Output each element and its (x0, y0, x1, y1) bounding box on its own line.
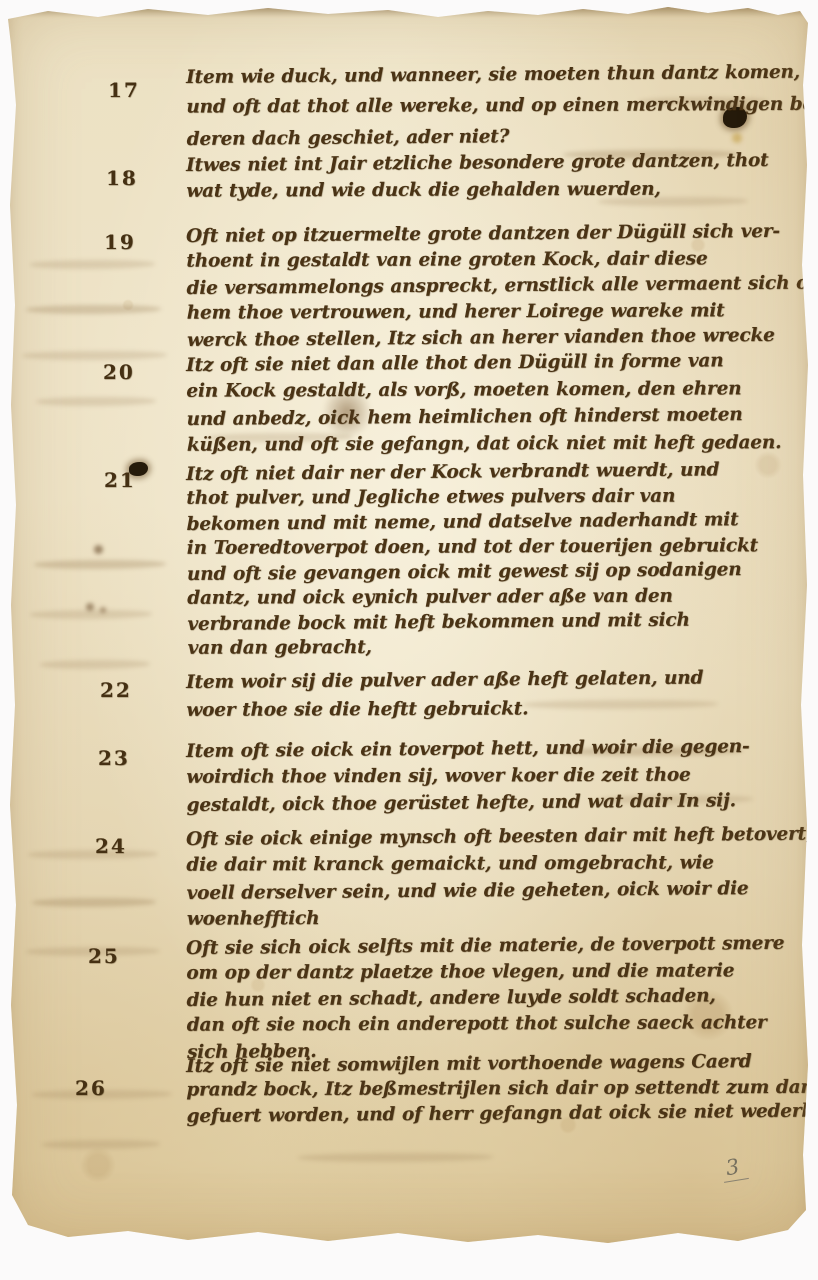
handwritten-line: Oft sie oick einige mynsch oft beesten d… (186, 821, 812, 853)
question-text: Item oft sie oick ein toverpot hett, und… (186, 733, 750, 819)
handwritten-line: gestaldt, oick thoe gerüstet hefte, und … (186, 787, 750, 819)
handwritten-line: woirdich thoe vinden sij, wover koer die… (186, 761, 750, 790)
handwritten-line: Item woir sij die pulver ader aße heft g… (186, 663, 703, 697)
handwritten-line: thot pulver, und Jegliche etwes pulvers … (186, 483, 757, 510)
bleedthrough-verso-text (30, 260, 155, 269)
question-number: 18 (106, 166, 138, 190)
question-text: Oft niet op itzuermelte grote dantzen de… (186, 218, 818, 354)
handwritten-line: Itwes niet int Jair etzliche besondere g… (186, 147, 769, 179)
handwritten-line: hem thoe vertrouwen, und herer Loirege w… (187, 298, 818, 327)
handwritten-line: Item oft sie oick ein toverpot hett, und… (186, 733, 750, 765)
handwritten-line: woenhefftich (187, 903, 813, 933)
handwritten-line: Oft niet op itzuermelte grote dantzen de… (186, 218, 818, 250)
handwritten-line: in Toeredtoverpot doen, und tot der toue… (187, 533, 758, 560)
bleedthrough-verso-text (32, 898, 156, 907)
manuscript-page: 17 Item wie duck, und wanneer, sie moete… (8, 5, 810, 1247)
manuscript-scan: 17 Item wie duck, und wanneer, sie moete… (0, 0, 818, 1280)
bleedthrough-verso-text (26, 305, 161, 314)
bleedthrough-verso-text (36, 397, 156, 406)
question-number: 22 (100, 678, 132, 702)
question-number: 24 (95, 834, 127, 858)
handwritten-line: die versammelongs anspreckt, ernstlick a… (186, 270, 818, 302)
handwritten-line: die hun niet en schadt, andere luyde sol… (186, 983, 784, 1014)
folio-number-value: 3 (720, 1153, 749, 1183)
handwritten-line: woer thoe sie die heftt gebruickt. (186, 694, 703, 725)
handwritten-line: und anbedz, oick hem heimlichen oft hind… (186, 401, 781, 433)
question-number: 23 (98, 746, 130, 770)
deckled-top-edge (8, 5, 810, 17)
question-number: 26 (75, 1076, 107, 1100)
handwritten-line: voell derselver sein, und wie die gehete… (186, 875, 812, 907)
ink-speck (86, 603, 94, 611)
handwritten-line: die dair mit kranck gemaickt, und omgebr… (186, 849, 812, 879)
bleedthrough-verso-text (42, 1140, 160, 1149)
bleedthrough-verso-text (34, 560, 166, 569)
handwritten-line: bekomen und mit neme, und datselve nader… (186, 507, 757, 537)
handwritten-line: dan oft sie noch ein anderepott thot sul… (187, 1010, 785, 1039)
handwritten-line: Itz oft sie niet dan alle thot den Dügül… (186, 347, 781, 379)
handwritten-line: und oft dat thot alle wereke, und op ein… (186, 89, 818, 123)
handwritten-line: und oft sie gevangen oick mit gewest sij… (187, 557, 758, 587)
handwritten-line: prandz bock, Itz beßmestrijlen sich dair… (186, 1075, 818, 1103)
bleedthrough-verso-text (40, 660, 150, 669)
question-number: 21 (104, 468, 136, 492)
question-text: Itz oft sie niet somwijlen mit vorthoend… (186, 1048, 818, 1129)
folio-number: 3 (721, 1154, 748, 1182)
handwritten-line: verbrande bock mit heft bekommen und mit… (187, 607, 758, 637)
question-number: 17 (108, 78, 140, 102)
question-text: Itz oft sie niet dan alle thot den Dügül… (186, 347, 781, 460)
handwritten-line: dantz, und oick eynich pulver ader aße v… (187, 583, 758, 610)
question-text: Oft sie oick einige mynsch oft beesten d… (186, 821, 813, 934)
question-number: 19 (104, 230, 136, 254)
bleedthrough-verso-text (298, 1153, 493, 1162)
question-text: Item wie duck, und wanneer, sie moeten t… (186, 56, 818, 155)
bleedthrough-verso-text (30, 610, 152, 619)
handwritten-line: van dan gebracht, (188, 633, 759, 660)
handwritten-line: ein Kock gestaldt, als vorß, moeten kome… (186, 375, 781, 405)
question-number: 25 (88, 944, 120, 968)
handwritten-line: wat tyde, und wie duck die gehalden wuer… (186, 175, 768, 205)
handwritten-line: Itz oft niet dair ner der Kock verbrandt… (186, 457, 757, 487)
question-text: Itz oft niet dair ner der Kock verbrandt… (186, 457, 759, 662)
ink-speck (94, 545, 103, 554)
bleedthrough-verso-text (28, 850, 158, 859)
question-number: 20 (103, 360, 135, 384)
handwritten-line: Oft sie sich oick selfts mit die materie… (186, 931, 784, 962)
ink-speck (100, 607, 106, 613)
question-text: Oft sie sich oick selfts mit die materie… (186, 931, 785, 1066)
handwritten-line: gefuert worden, und of herr gefangn dat … (186, 1098, 818, 1129)
question-text: Itwes niet int Jair etzliche besondere g… (186, 147, 769, 206)
handwritten-line: Item wie duck, und wanneer, sie moeten t… (186, 56, 818, 93)
handwritten-line: om op der dantz plaetze thoe vlegen, und… (186, 958, 784, 987)
handwritten-line: thoent in gestaldt van eine groten Kock,… (186, 246, 818, 275)
question-text: Item woir sij die pulver ader aße heft g… (186, 663, 704, 726)
bleedthrough-verso-text (22, 351, 167, 360)
handwritten-line: küßen, und oft sie gefangn, dat oick nie… (187, 429, 782, 459)
